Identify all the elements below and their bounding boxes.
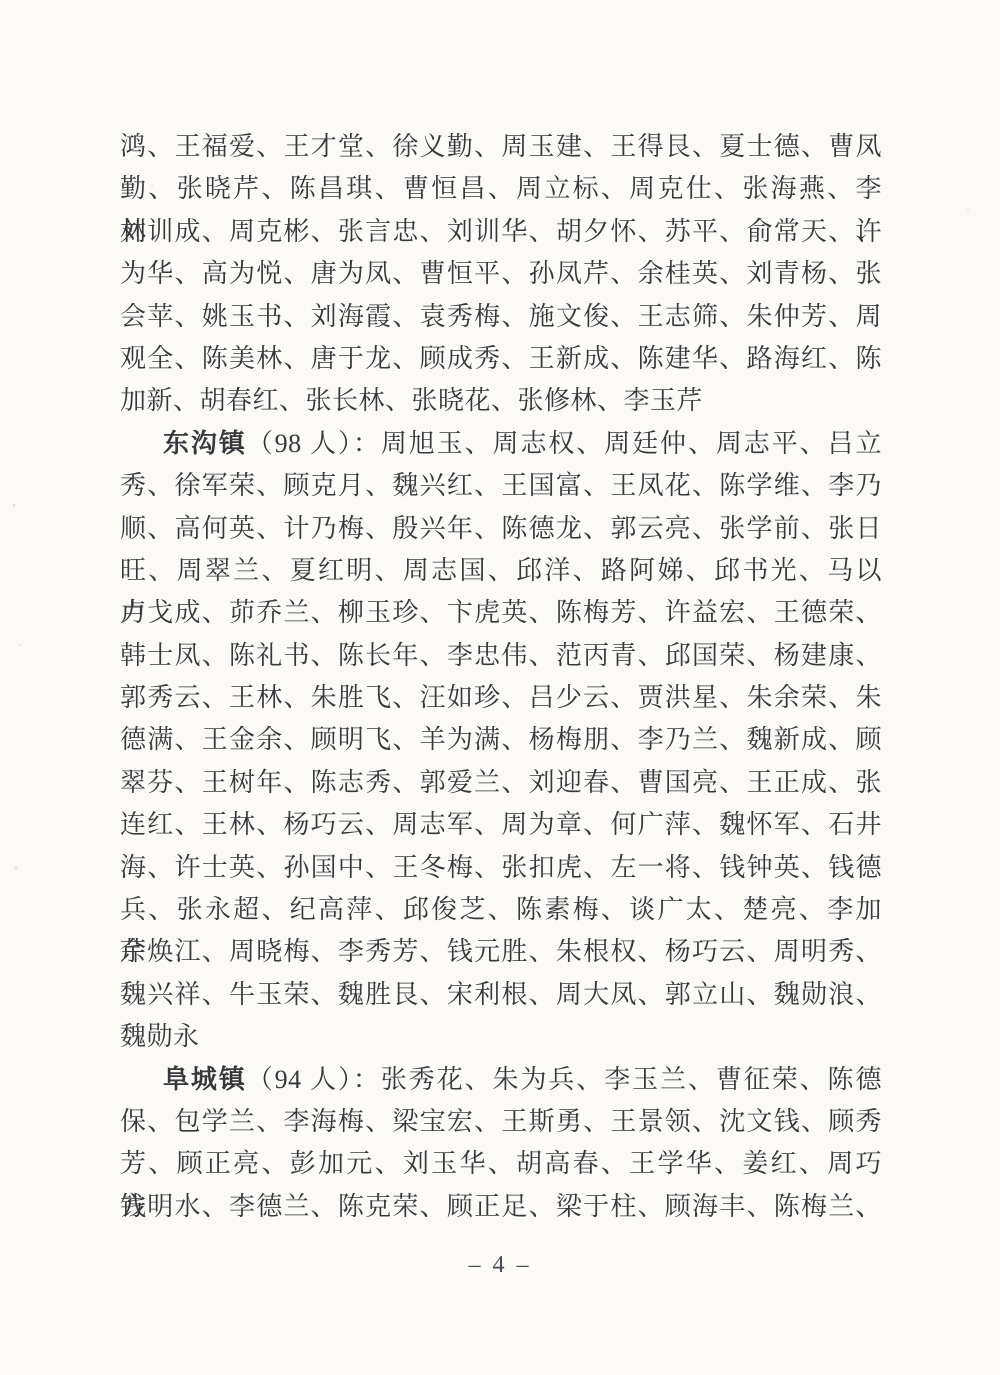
text-line: 加新、胡春红、张长林、张晓花、张修林、李玉芹	[120, 380, 882, 422]
text-line: 韩士凤、陈礼书、陈长年、李忠伟、范丙青、邱国荣、杨建康、	[120, 635, 882, 677]
text-line: 连红、王林、杨巧云、周志军、周为章、何广萍、魏怀军、石井	[120, 804, 882, 846]
text-line: 钱明水、李德兰、陈克荣、顾正足、梁于柱、顾海丰、陈梅兰、	[120, 1186, 882, 1228]
page-number: – 4 –	[0, 1252, 1000, 1279]
text-block: 鸿、王福爱、王才堂、徐义勤、周玉建、王得艮、夏士德、曹凤 勤、张晓芹、陈昌琪、曹…	[120, 126, 882, 1228]
text-line: 卢戈成、茆乔兰、柳玉珍、卞虎英、陈梅芳、许益宏、王德荣、	[120, 592, 882, 634]
text-line: 海、许士英、孙国中、王冬梅、张扣虎、左一将、钱钟英、钱德	[120, 847, 882, 889]
names-text: 张秀花、朱为兵、李玉兰、曹征荣、陈德	[381, 1065, 882, 1094]
town-name-fucheng: 阜城镇	[163, 1065, 247, 1094]
text-line: 为华、高为悦、唐为凤、曹恒平、孙凤芹、余桂英、刘青杨、张	[120, 253, 882, 295]
text-line: 刘训成、周克彬、张言忠、刘训华、胡夕怀、苏平、俞常天、许	[120, 211, 882, 253]
section-heading-donggou-line: 东沟镇（98 人）：周旭玉、周志权、周廷仲、周志平、吕立	[120, 423, 882, 465]
text-line: 观全、陈美林、唐于龙、顾成秀、王新成、陈建华、路海红、陈	[120, 338, 882, 380]
names-text: 周旭玉、周志权、周廷仲、周志平、吕立	[381, 429, 882, 458]
text-line: 保、包学兰、李海梅、梁宝宏、王斯勇、王景领、沈文钱、顾秀	[120, 1101, 882, 1143]
text-line: 余焕江、周晓梅、李秀芳、钱元胜、朱根权、杨巧云、周明秀、	[120, 931, 882, 973]
text-line: 魏兴祥、牛玉荣、魏胜艮、宋利根、周大凤、郭立山、魏勋浪、	[120, 974, 882, 1016]
text-line: 勤、张晓芹、陈昌琪、曹恒昌、周立标、周克仕、张海燕、李林、	[120, 168, 882, 210]
text-line: 旺、周翠兰、夏红明、周志国、邱洋、路阿娣、邱书光、马以力、	[120, 550, 882, 592]
text-line: 魏勋永	[120, 1016, 882, 1058]
text-line: 鸿、王福爱、王才堂、徐义勤、周玉建、王得艮、夏士德、曹凤	[120, 126, 882, 168]
town-count-fucheng: （94 人）：	[247, 1065, 381, 1094]
section-heading-fucheng-line: 阜城镇（94 人）：张秀花、朱为兵、李玉兰、曹征荣、陈德	[120, 1059, 882, 1101]
text-line: 郭秀云、王林、朱胜飞、汪如珍、吕少云、贾洪星、朱余荣、朱	[120, 677, 882, 719]
text-line: 兵、张永超、纪高萍、邱俊芝、陈素梅、谈广太、楚亮、李加芹、	[120, 889, 882, 931]
text-line: 翠芬、王树年、陈志秀、郭爱兰、刘迎春、曹国亮、王正成、张	[120, 762, 882, 804]
text-line: 顺、高何英、计乃梅、殷兴年、陈德龙、郭云亮、张学前、张日	[120, 508, 882, 550]
town-name-donggou: 东沟镇	[163, 429, 247, 458]
text-line: 德满、王金余、顾明飞、羊为满、杨梅朋、李乃兰、魏新成、顾	[120, 719, 882, 761]
text-line: 会苹、姚玉书、刘海霞、袁秀梅、施文俊、王志筛、朱仲芳、周	[120, 296, 882, 338]
text-line: 秀、徐军荣、顾克月、魏兴红、王国富、王凤花、陈学维、李乃	[120, 465, 882, 507]
text-line: 芳、顾正亮、彭加元、刘玉华、胡高春、王学华、姜红、周巧方、	[120, 1143, 882, 1185]
town-count-donggou: （98 人）：	[247, 429, 381, 458]
document-page: 鸿、王福爱、王才堂、徐义勤、周玉建、王得艮、夏士德、曹凤 勤、张晓芹、陈昌琪、曹…	[0, 0, 1000, 1375]
